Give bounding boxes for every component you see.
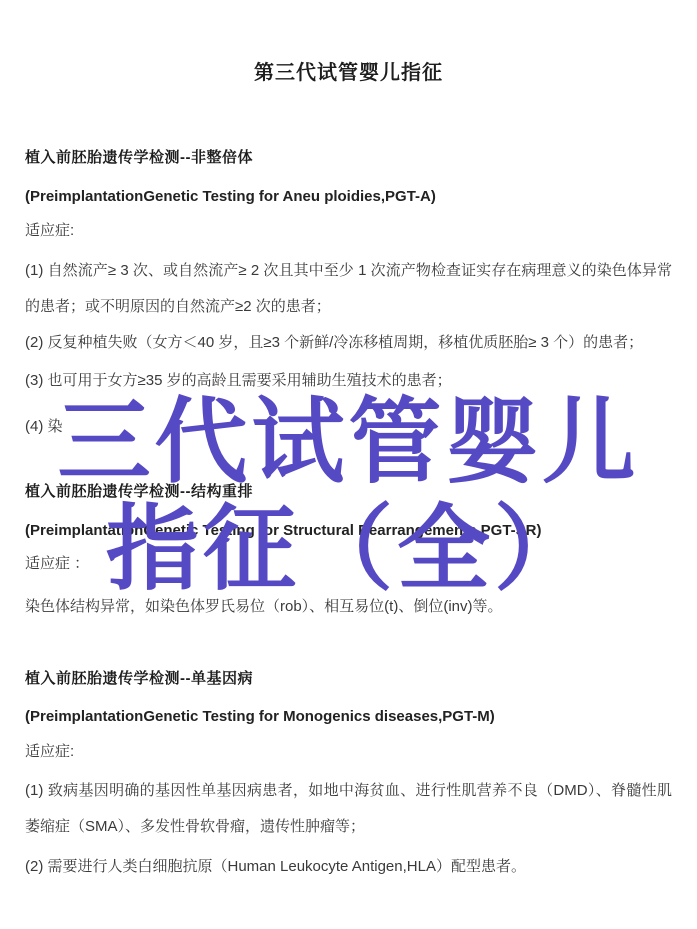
indications-label: 适应症: (25, 220, 672, 242)
document-page: 第三代试管婴儿指征 植入前胚胎遗传学检测--非整倍体 (Preimplantat… (0, 0, 697, 929)
indication-item: (4) 染 (25, 409, 672, 445)
indication-item: (3) 也可用于女方≥35 岁的高龄且需要采用辅助生殖技术的患者； (25, 363, 672, 399)
section-heading-en: (PreimplantationGenetic Testing for Mono… (25, 706, 672, 728)
indication-item: (2) 需要进行人类白细胞抗原（Human Leukocyte Antigen,… (25, 849, 672, 885)
page-title: 第三代试管婴儿指征 (0, 58, 697, 88)
indications-label: 适应症: (25, 741, 672, 763)
indication-item: (2) 反复种植失败（女方＜40 岁，且≥3 个新鲜/冷冻移植周期，移植优质胚胎… (25, 325, 672, 361)
indication-item: (1) 自然流产≥ 3 次、或自然流产≥ 2 次且其中至少 1 次流产物检查证实… (25, 253, 672, 325)
section-heading-cn: 植入前胚胎遗传学检测--单基因病 (25, 668, 672, 690)
section-heading-en: (PreimplantationGenetic Testing for Aneu… (25, 186, 672, 208)
section-heading-cn: 植入前胚胎遗传学检测--非整倍体 (25, 147, 672, 169)
document-body: 植入前胚胎遗传学检测--非整倍体 (PreimplantationGenetic… (0, 147, 697, 885)
section-pgt-a: 植入前胚胎遗传学检测--非整倍体 (PreimplantationGenetic… (25, 147, 672, 445)
section-heading-en: (PreimplantationGenetic Testing for Stru… (25, 520, 672, 542)
indication-item: (1) 致病基因明确的基因性单基因病患者，如地中海贫血、进行性肌营养不良（DMD… (25, 773, 672, 845)
section-pgt-sr: 植入前胚胎遗传学检测--结构重排 (PreimplantationGenetic… (25, 481, 672, 625)
indications-label: 适应症 ： (25, 553, 672, 575)
section-pgt-m: 植入前胚胎遗传学检测--单基因病 (PreimplantationGenetic… (25, 668, 672, 885)
section-heading-cn: 植入前胚胎遗传学检测--结构重排 (25, 481, 672, 503)
indication-item: 染色体结构异常，如染色体罗氏易位（rob）、相互易位(t)、倒位(inv)等。 (25, 589, 672, 625)
